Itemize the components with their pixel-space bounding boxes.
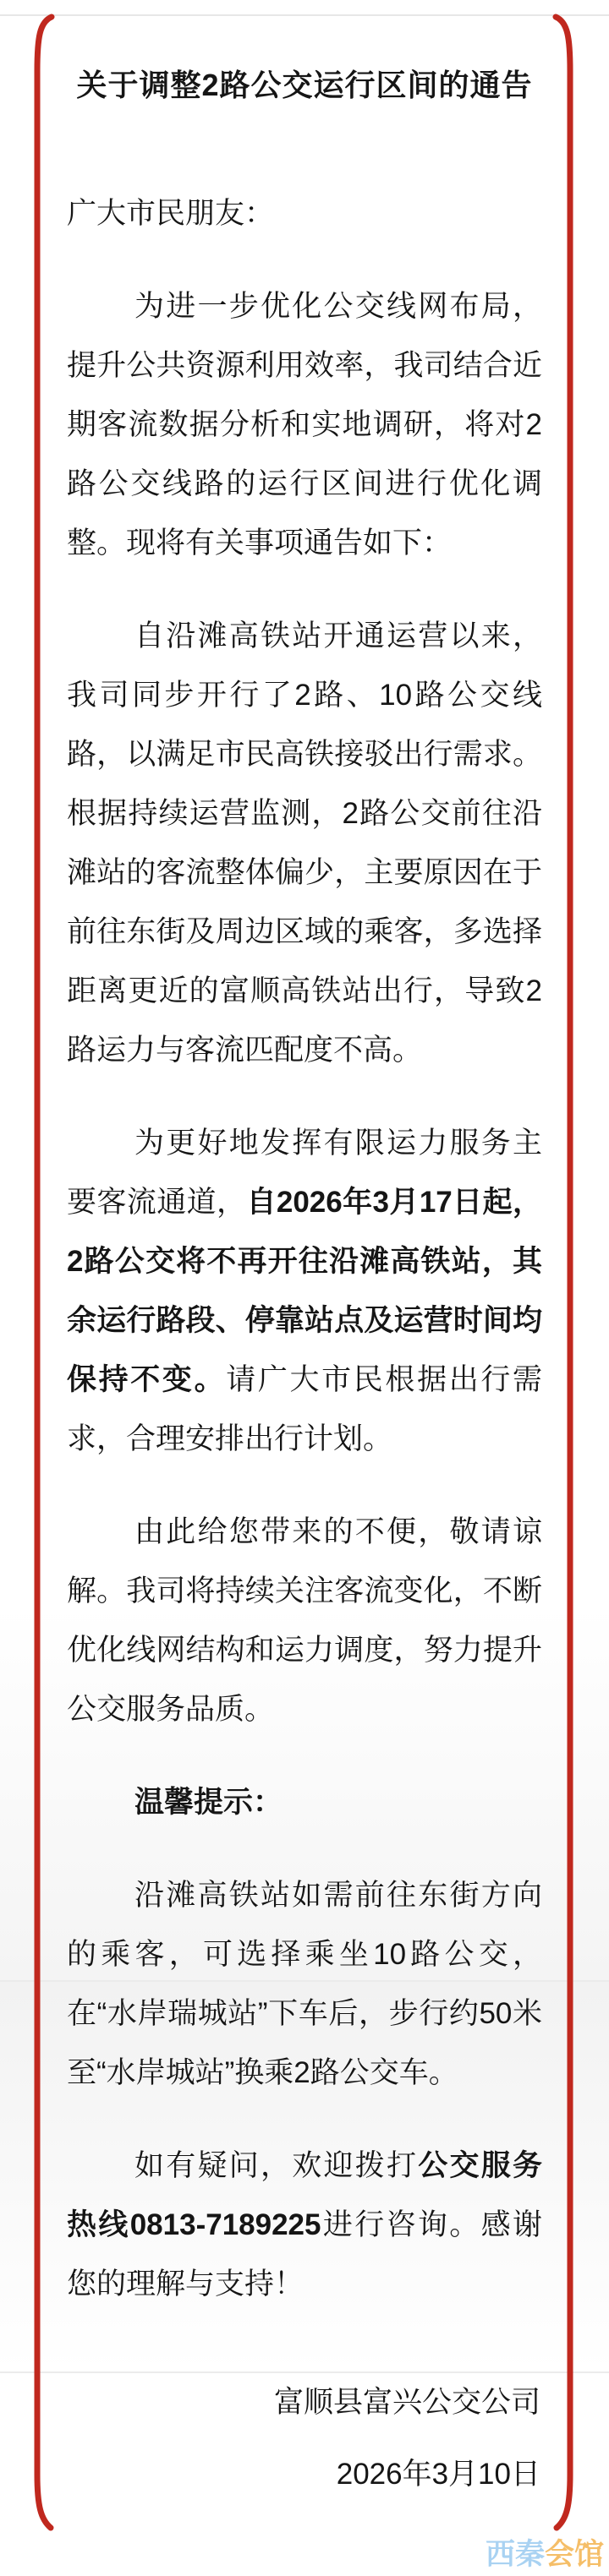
frame-left-border — [37, 17, 52, 2528]
text-run: 自沿滩高铁站开通运营以来，我司同步开行了2路、10路公交线路，以满足市民高铁接驳… — [67, 619, 542, 1067]
notice-content: 关于调整2路公交运行区间的通告 广大市民朋友： 为进一步优化公交线网布局，提升公… — [67, 0, 542, 2504]
frame-right-border — [556, 17, 570, 2528]
notice-body: 为进一步优化公交线网布局，提升公共资源利用效率，我司结合近期客流数据分析和实地调… — [67, 277, 542, 2314]
watermark-logo: 西秦会馆 — [486, 2539, 604, 2571]
salutation: 广大市民朋友： — [67, 184, 542, 243]
signature-block: 富顺县富兴公交公司 2026年3月10日 — [67, 2373, 542, 2504]
paragraph: 沿滩高铁站如需前往东街方向的乘客，可选择乘坐10路公交，在“水岸瑞城站”下车后，… — [67, 1866, 542, 2103]
watermark-text-part2: 会馆 — [545, 2538, 604, 2571]
paragraph: 自沿滩高铁站开通运营以来，我司同步开行了2路、10路公交线路，以满足市民高铁接驳… — [67, 607, 542, 1080]
paragraph: 为进一步优化公交线网布局，提升公共资源利用效率，我司结合近期客流数据分析和实地调… — [67, 277, 542, 573]
paragraph: 如有疑问，欢迎拨打公交服务热线0813-7189225进行咨询。感谢您的理解与支… — [67, 2137, 542, 2314]
text-run: 由此给您带来的不便，敬请谅解。我司将持续关注客流变化，不断优化线网结构和运力调度… — [67, 1515, 542, 1726]
paragraph: 为更好地发挥有限运力服务主要客流通道，自2026年3月17日起，2路公交将不再开… — [67, 1114, 542, 1469]
notice-page: 关于调整2路公交运行区间的通告 广大市民朋友： 为进一步优化公交线网布局，提升公… — [0, 0, 609, 2576]
text-run: 为进一步优化公交线网布局，提升公共资源利用效率，我司结合近期客流数据分析和实地调… — [67, 290, 542, 559]
issue-date: 2026年3月10日 — [67, 2445, 540, 2504]
watermark-text-part1: 西秦 — [486, 2538, 545, 2571]
issuer-signature: 富顺县富兴公交公司 — [67, 2373, 540, 2432]
paragraph: 由此给您带来的不便，敬请谅解。我司将持续关注客流变化，不断优化线网结构和运力调度… — [67, 1503, 542, 1739]
paragraph: 温馨提示： — [67, 1773, 542, 1832]
text-run: 沿滩高铁站如需前往东街方向的乘客，可选择乘坐10路公交，在“水岸瑞城站”下车后，… — [67, 1879, 542, 2089]
bold-text-run: 温馨提示： — [134, 1786, 283, 1819]
text-run: 如有疑问，欢迎拨打 — [134, 2149, 418, 2182]
notice-title: 关于调整2路公交运行区间的通告 — [67, 56, 542, 115]
